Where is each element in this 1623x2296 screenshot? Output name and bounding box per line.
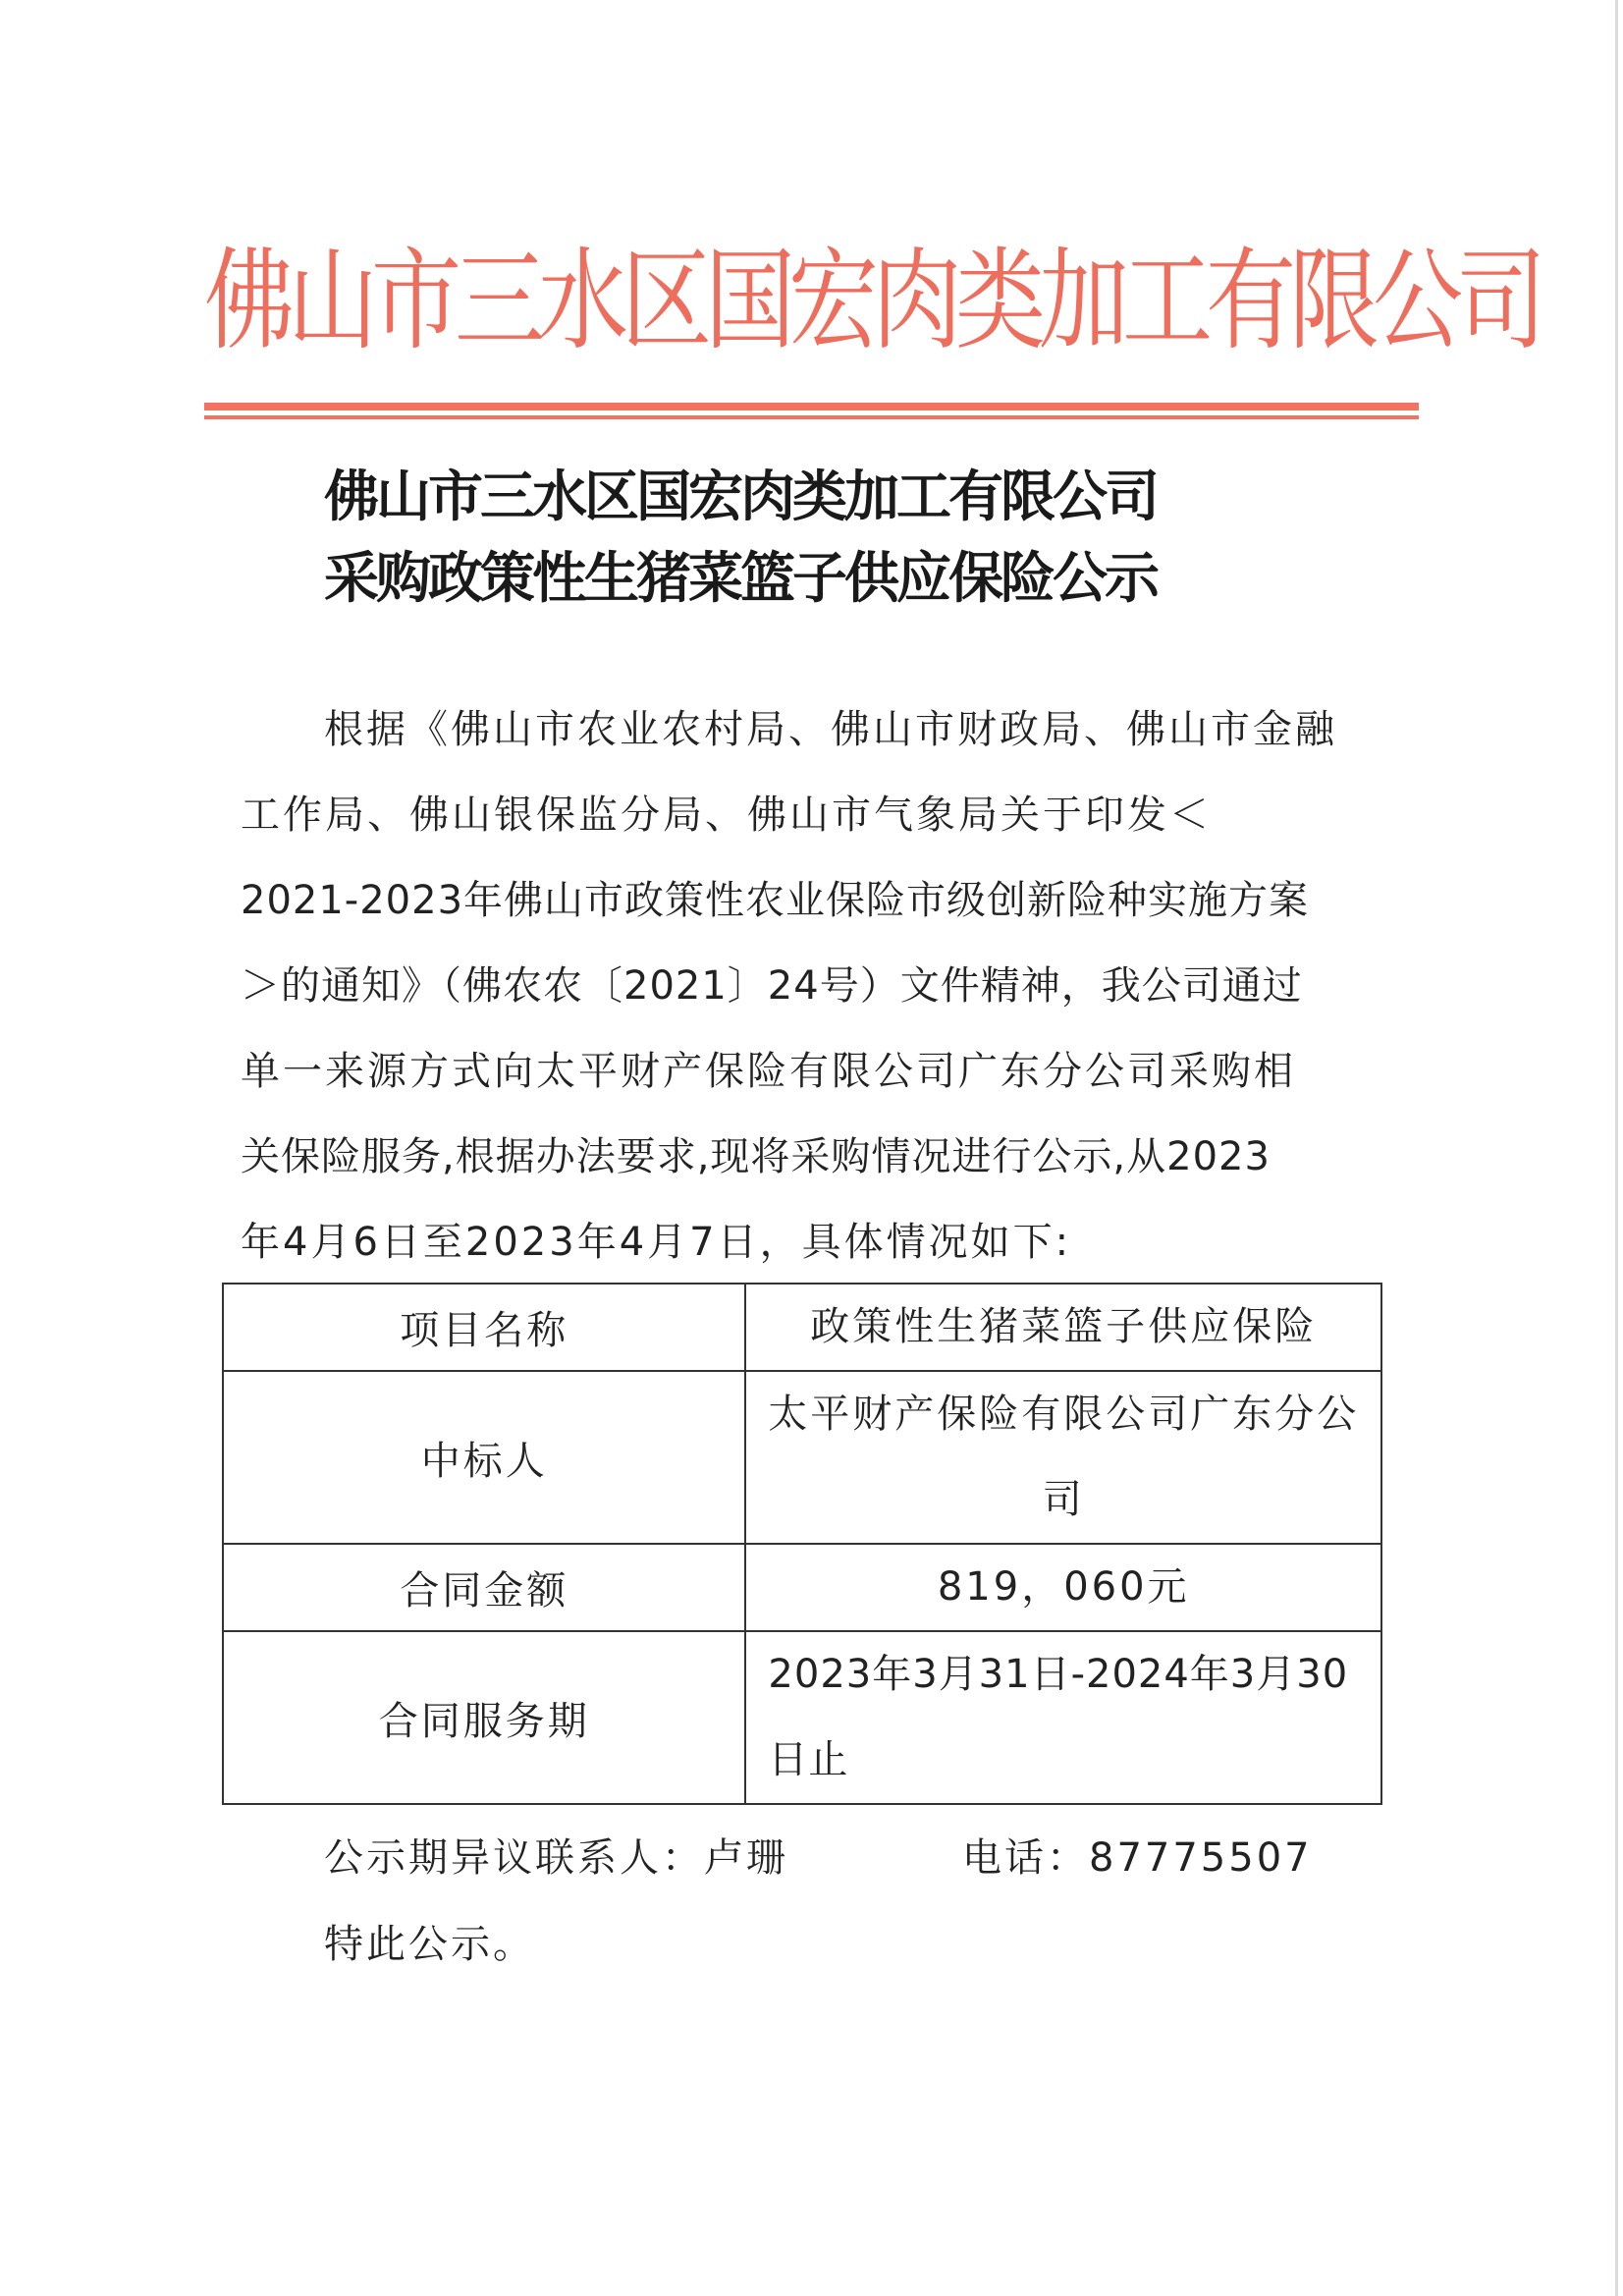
- contact-name: 卢珊: [704, 1835, 788, 1881]
- procurement-info-table: 项目名称 政策性生猪菜篮子供应保险 中标人 太平财产保险有限公司广东分公司 合同…: [222, 1283, 1382, 1805]
- table-value-winning-bidder: 太平财产保险有限公司广东分公司: [745, 1371, 1381, 1544]
- table-value-project-name: 政策性生猪菜篮子供应保险: [745, 1284, 1381, 1371]
- table-row: 合同金额 819，060元: [223, 1544, 1381, 1631]
- contact-label: 公示期异议联系人：: [324, 1835, 704, 1881]
- contact-line: 公示期异议联系人：卢珊: [324, 1827, 788, 1883]
- letterhead-company-name: 佛山市三水区国宏肉类加工有限公司: [204, 218, 1422, 386]
- body-line: 根据《佛山市农业农村局、佛山市财政局、佛山市金融: [324, 687, 1337, 773]
- body-line: 工作局、佛山银保监分局、佛山市气象局关于印发＜: [241, 773, 1212, 858]
- table-row: 项目名称 政策性生猪菜篮子供应保险: [223, 1284, 1381, 1371]
- closing-statement: 特此公示。: [324, 1913, 535, 1969]
- table-value-service-period: 2023年3月31日-2024年3月30日止: [745, 1631, 1381, 1804]
- body-line: 关保险服务,根据办法要求,现将采购情况进行公示,从2023: [241, 1115, 1271, 1200]
- document-title-line1: 佛山市三水区国宏肉类加工有限公司: [324, 454, 1306, 532]
- body-line: 2021-2023年佛山市政策性农业保险市级创新险种实施方案: [241, 858, 1309, 944]
- letterhead-rule-thick: [204, 403, 1419, 410]
- body-line: 年4月6日至2023年4月7日，具体情况如下:: [241, 1200, 1071, 1285]
- scan-edge-shadow: [1615, 0, 1618, 2296]
- table-label-contract-amount: 合同金额: [223, 1544, 745, 1631]
- table-value-contract-amount: 819，060元: [745, 1544, 1381, 1631]
- body-line: 单一来源方式向太平财产保险有限公司广东分公司采购相: [241, 1029, 1296, 1115]
- table-label-winning-bidder: 中标人: [223, 1371, 745, 1544]
- table-row: 合同服务期 2023年3月31日-2024年3月30日止: [223, 1631, 1381, 1804]
- letterhead-rule-thin: [204, 415, 1419, 419]
- phone-label: 电话：: [962, 1835, 1089, 1881]
- table-row: 中标人 太平财产保险有限公司广东分公司: [223, 1371, 1381, 1544]
- table-label-service-period: 合同服务期: [223, 1631, 745, 1804]
- table-label-project-name: 项目名称: [223, 1284, 745, 1371]
- body-line: ＞的通知》（佛农农〔2021〕24号）文件精神，我公司通过: [241, 944, 1303, 1029]
- document-title-line2: 采购政策性生猪菜篮子供应保险公示: [324, 535, 1306, 614]
- phone-line: 电话：87775507: [962, 1827, 1313, 1883]
- phone-number: 87775507: [1089, 1835, 1313, 1881]
- body-paragraph: 根据《佛山市农业农村局、佛山市财政局、佛山市金融 工作局、佛山银保监分局、佛山市…: [241, 687, 1380, 1296]
